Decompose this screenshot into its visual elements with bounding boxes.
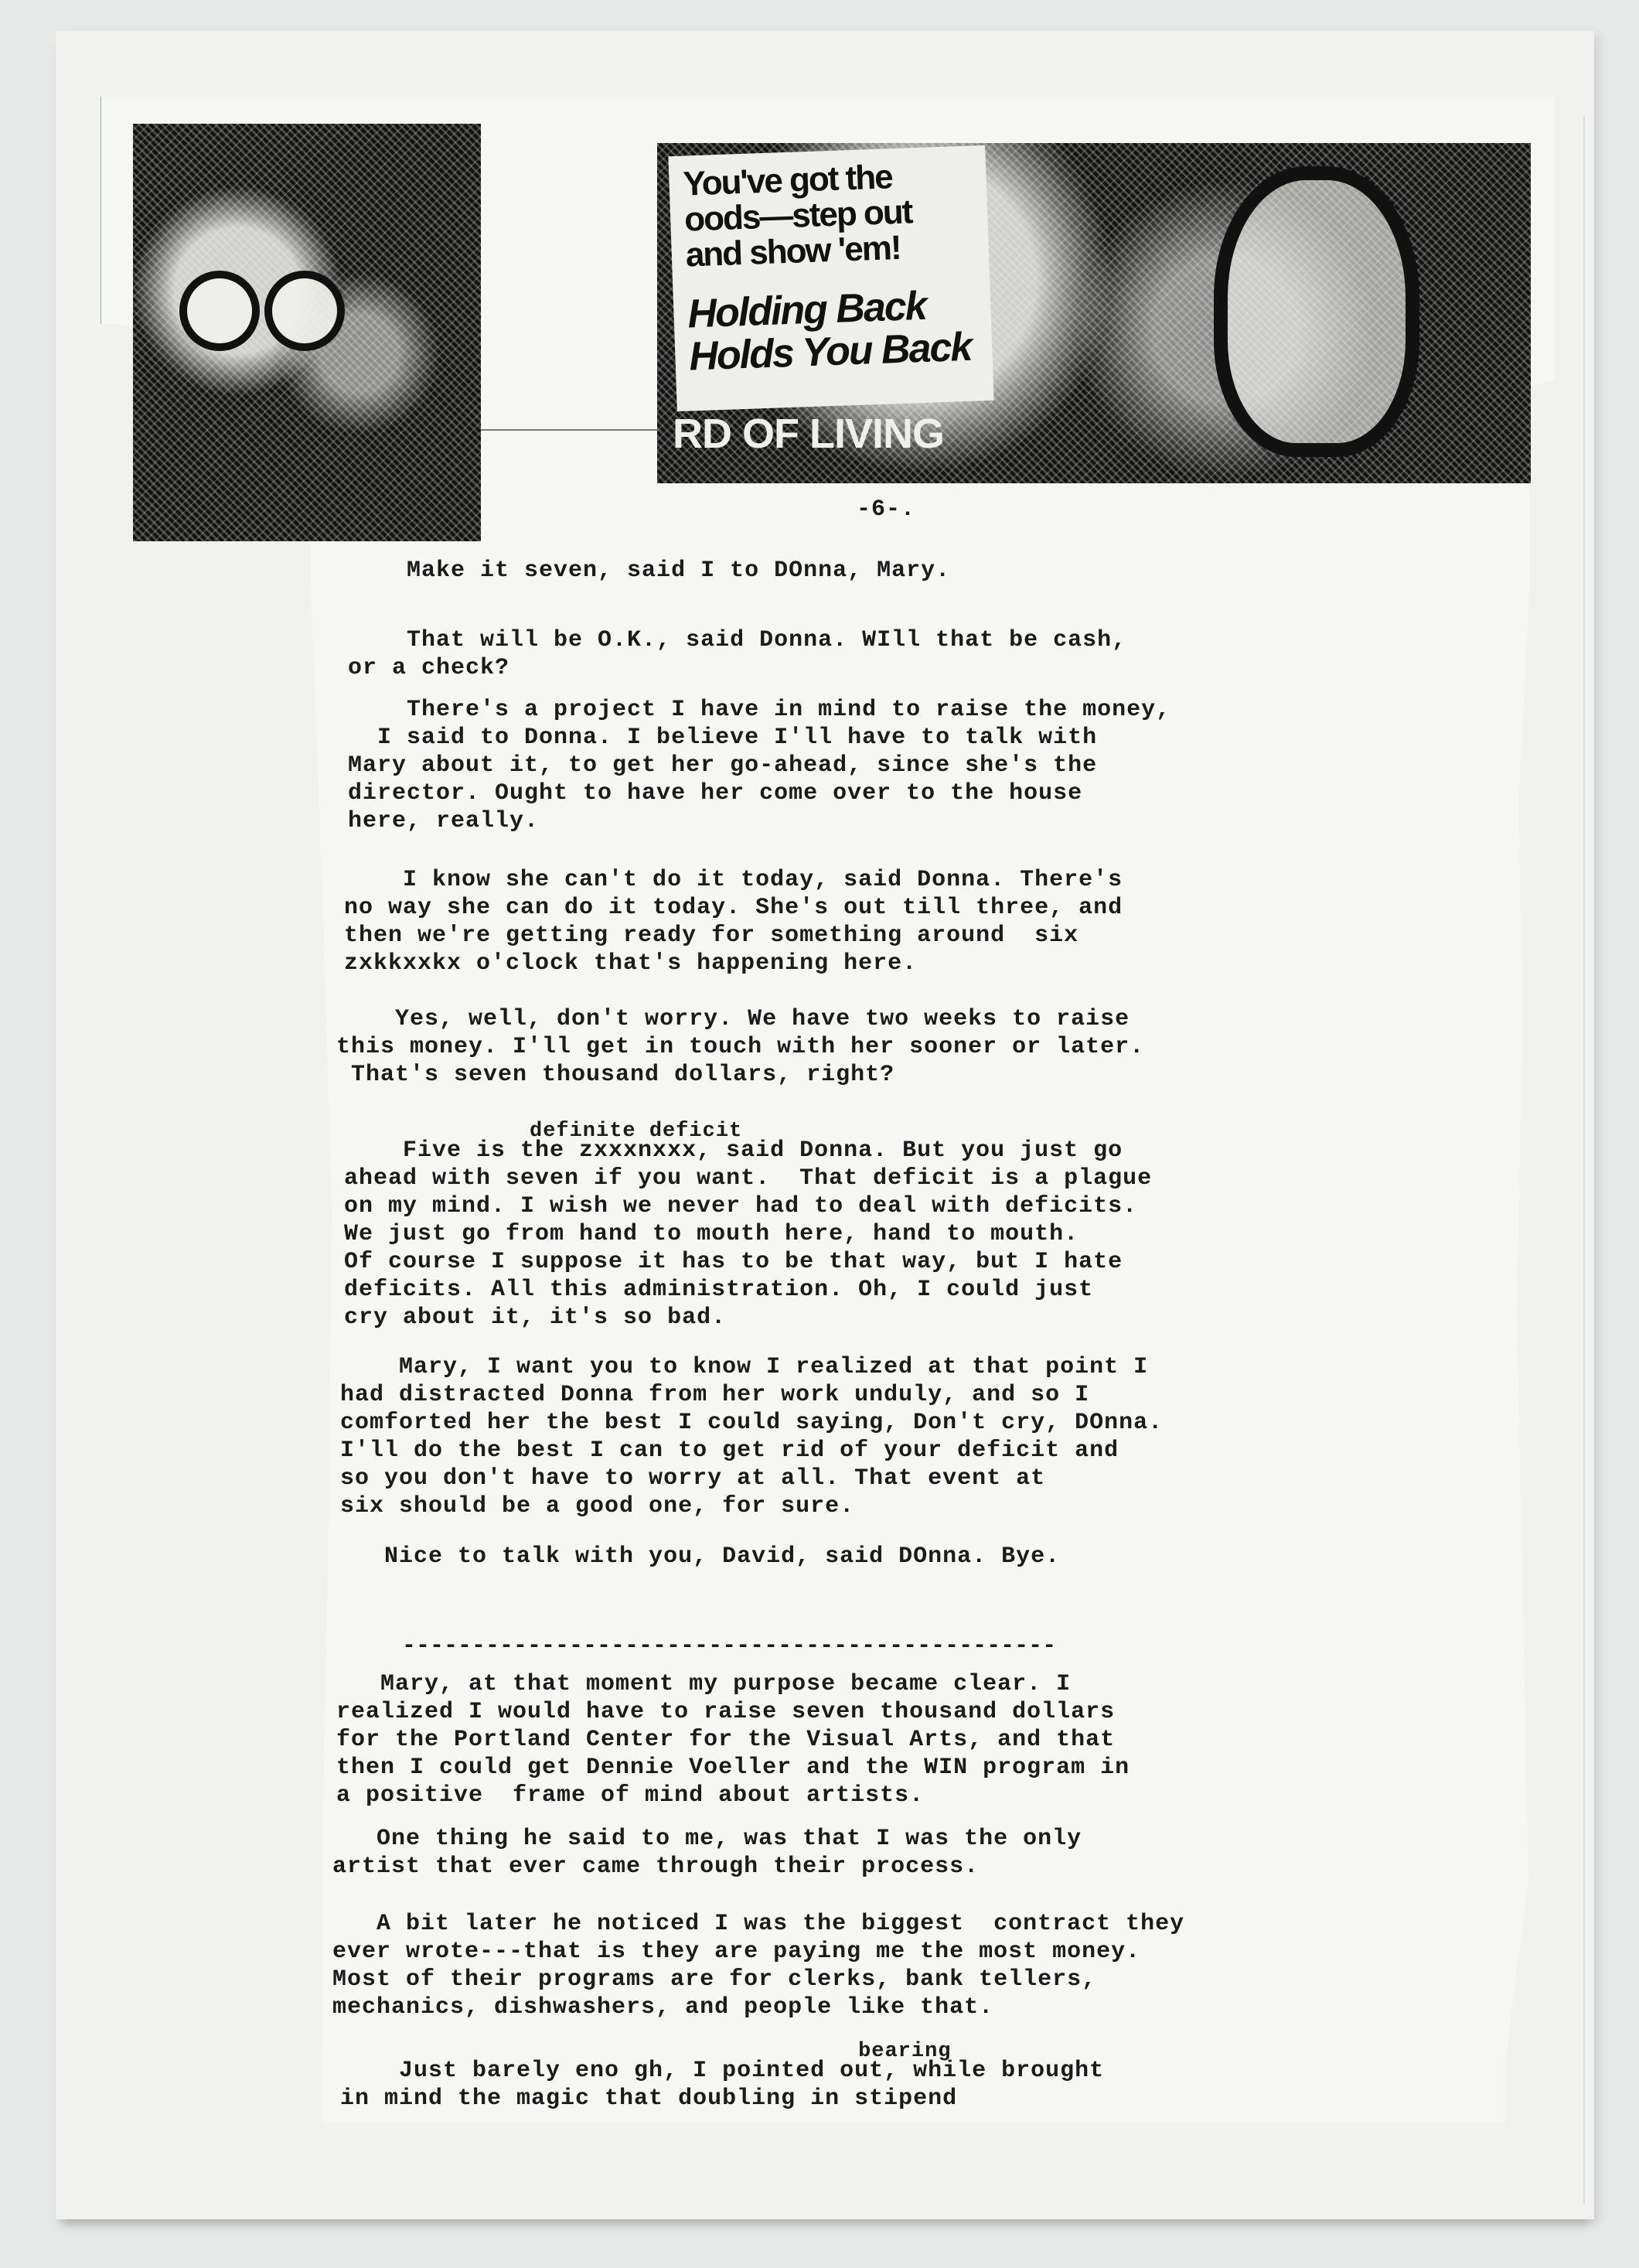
ad-slogan-line: Holds You Back xyxy=(688,326,972,377)
text-line: Make it seven, said I to DOnna, Mary. xyxy=(348,557,950,585)
text-line: zxkkxxkx o'clock that's happening here. xyxy=(344,950,1123,977)
text-line: a positive frame of mind about artists. xyxy=(336,1782,1130,1809)
text-line: on my mind. I wish we never had to deal … xyxy=(344,1192,1152,1220)
text-line: Mary, I want you to know I realized at t… xyxy=(340,1353,1163,1381)
text-line: no way she can do it today. She's out ti… xyxy=(344,894,1123,922)
paragraph: Make it seven, said I to DOnna, Mary. xyxy=(348,557,950,585)
typed-insertion: bearing xyxy=(526,2040,951,2063)
ad-panel: You've got the oods—step out and show 'e… xyxy=(668,145,993,411)
text-line: One thing he said to me, was that I was … xyxy=(332,1825,1082,1853)
text-line: Yes, well, don't worry. We have two week… xyxy=(336,1005,1144,1033)
pencil-line xyxy=(481,429,659,431)
collage-image-left xyxy=(133,124,481,541)
text-line: Five is the zxxxnxxx, said Donna. But yo… xyxy=(344,1137,1152,1165)
text-line: deficits. All this administration. Oh, I… xyxy=(344,1276,1152,1304)
text-line: or a check? xyxy=(348,654,1126,682)
paragraph: I know she can't do it today, said Donna… xyxy=(344,866,1123,977)
text-line: for the Portland Center for the Visual A… xyxy=(336,1726,1130,1754)
text-line: That will be O.K., said Donna. WIll that… xyxy=(348,626,1126,654)
text-line: There's a project I have in mind to rais… xyxy=(348,696,1170,724)
typed-insertion: definite deficit xyxy=(530,1120,742,1143)
text-line: here, really. xyxy=(348,807,1170,835)
ad-headline: You've got the oods—step out and show 'e… xyxy=(683,159,914,274)
text-line: Nice to talk with you, David, said DOnna… xyxy=(340,1543,1060,1571)
ad-slogan: Holding Back Holds You Back xyxy=(687,284,973,378)
text-line: Mary about it, to get her go-ahead, sinc… xyxy=(348,752,1170,779)
dashed-separator: ----------------------------------------… xyxy=(402,1633,1056,1659)
text-line: had distracted Donna from her work undul… xyxy=(340,1381,1163,1409)
ad-banner: RD OF LIVING xyxy=(673,410,944,458)
text-line: artist that ever came through their proc… xyxy=(332,1853,1082,1881)
text-line: so you don't have to worry at all. That … xyxy=(340,1465,1163,1492)
text-line: then we're getting ready for something a… xyxy=(344,922,1123,950)
paragraph: Mary, I want you to know I realized at t… xyxy=(340,1353,1163,1520)
text-line: comforted her the best I could saying, D… xyxy=(340,1409,1163,1437)
page-number: -6-. xyxy=(857,496,915,523)
text-line: realized I would have to raise seven tho… xyxy=(336,1698,1130,1726)
paragraph: One thing he said to me, was that I was … xyxy=(332,1825,1082,1881)
text-line: Of course I suppose it has to be that wa… xyxy=(344,1248,1152,1276)
text-line: We just go from hand to mouth here, hand… xyxy=(344,1220,1152,1248)
paragraph: Yes, well, don't worry. We have two week… xyxy=(336,1005,1144,1089)
text-line: That's seven thousand dollars, right? xyxy=(336,1061,1144,1089)
round-glasses-icon xyxy=(179,271,342,340)
text-line: in mind the magic that doubling in stipe… xyxy=(340,2085,1104,2113)
text-line: then I could get Dennie Voeller and the … xyxy=(336,1754,1130,1782)
backing-card-edge xyxy=(1583,116,1585,2204)
text-line: I said to Donna. I believe I'll have to … xyxy=(348,724,1170,752)
paragraph: Just barely eno gh, I pointed out, while… xyxy=(340,2057,1104,2113)
text-line: this money. I'll get in touch with her s… xyxy=(336,1033,1144,1061)
paragraph: A bit later he noticed I was the biggest… xyxy=(332,1910,1184,2021)
paragraph: Nice to talk with you, David, said DOnna… xyxy=(340,1543,1060,1571)
text-line: ahead with seven if you want. That defic… xyxy=(344,1165,1152,1192)
text-line: ever wrote---that is they are paying me … xyxy=(332,1938,1184,1966)
paragraph: Five is the zxxxnxxx, said Donna. But yo… xyxy=(344,1137,1152,1332)
text-line: I'll do the best I can to get rid of you… xyxy=(340,1437,1163,1465)
text-line: director. Ought to have her come over to… xyxy=(348,779,1170,807)
text-line: mechanics, dishwashers, and people like … xyxy=(332,1993,1184,2021)
text-line: A bit later he noticed I was the biggest… xyxy=(332,1910,1184,1938)
text-line: cry about it, it's so bad. xyxy=(344,1304,1152,1332)
face-portrait-icon xyxy=(1214,166,1419,457)
text-line: Mary, at that moment my purpose became c… xyxy=(336,1670,1130,1698)
text-line: six should be a good one, for sure. xyxy=(340,1492,1163,1520)
text-line: Most of their programs are for clerks, b… xyxy=(332,1966,1184,1993)
paragraph: There's a project I have in mind to rais… xyxy=(348,696,1170,835)
ad-headline-line: and show 'em! xyxy=(685,230,914,274)
text-line: I know she can't do it today, said Donna… xyxy=(344,866,1123,894)
paragraph: That will be O.K., said Donna. WIll that… xyxy=(348,626,1126,682)
collage-image-right: You've got the oods—step out and show 'e… xyxy=(657,143,1531,483)
paragraph: Mary, at that moment my purpose became c… xyxy=(336,1670,1130,1809)
